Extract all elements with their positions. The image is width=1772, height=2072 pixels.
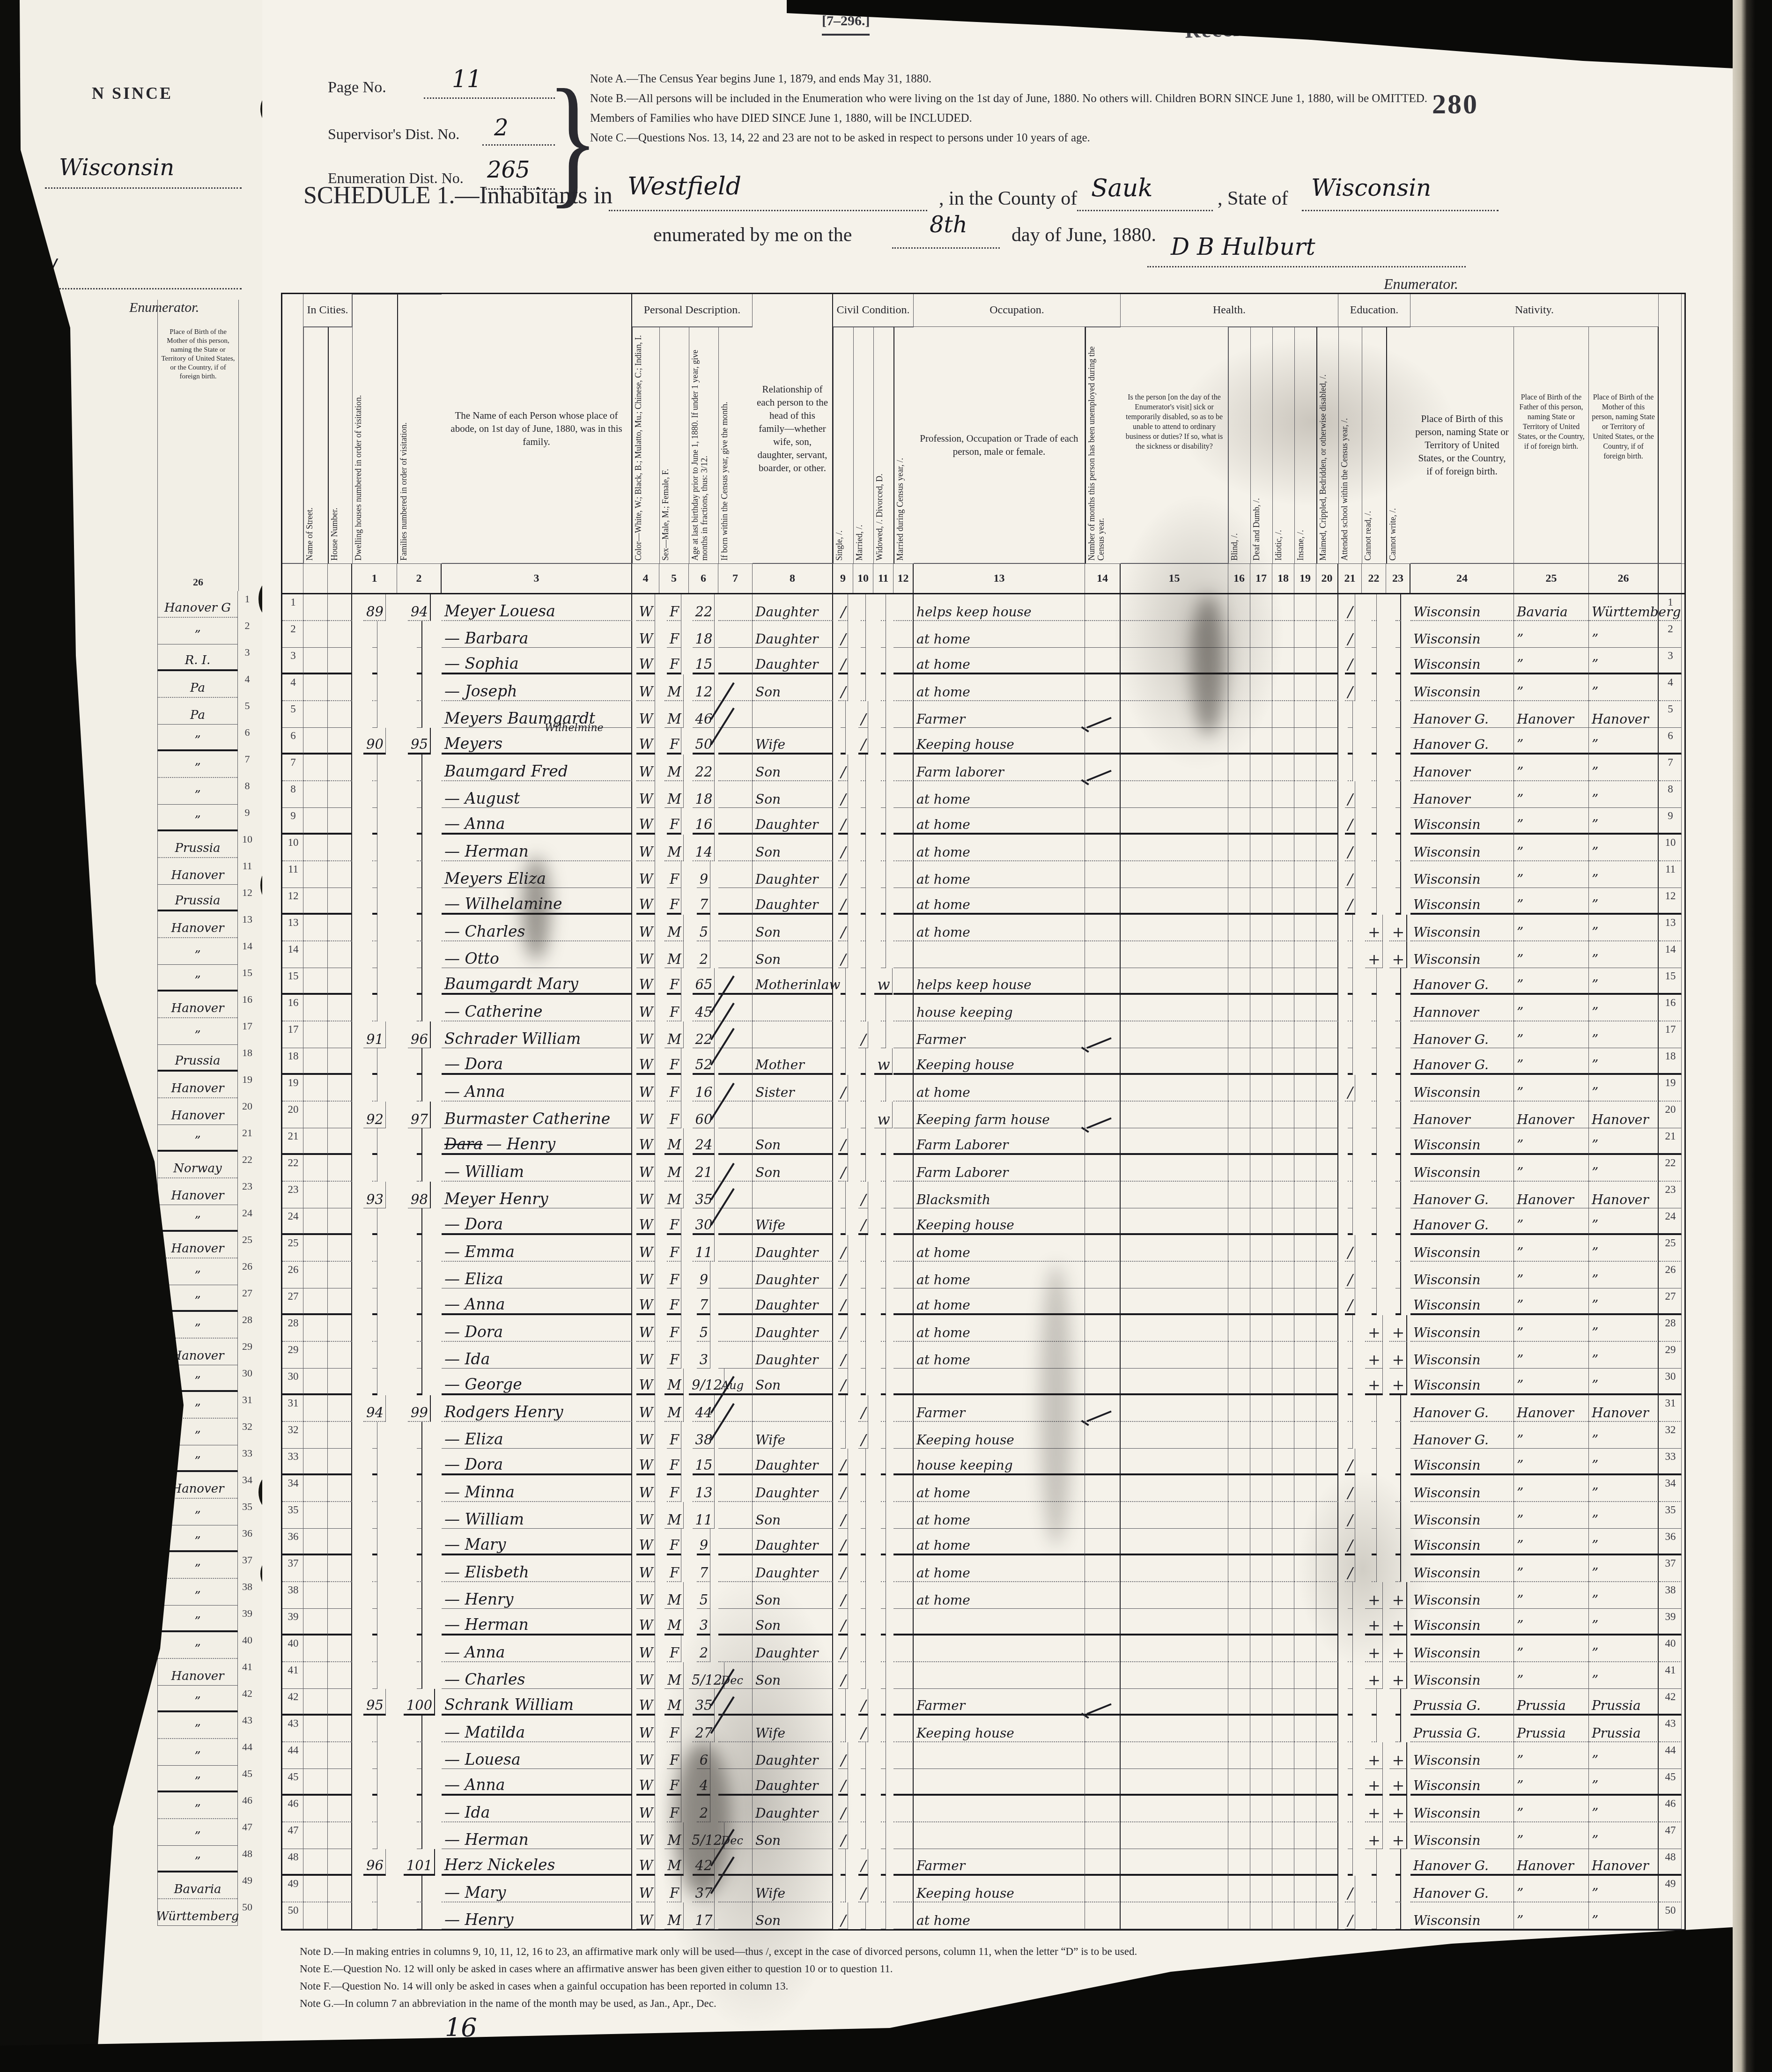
married-mark xyxy=(861,1822,866,1849)
person-row: 41— CharlesWM5/12DecSon/++Wisconsin””41 xyxy=(282,1662,1684,1689)
row-number-left: 34 xyxy=(282,1475,303,1502)
person-row: 179196Schrader WilliamWM22/FarmerHanover… xyxy=(282,1021,1684,1048)
cannot-write-mark: + xyxy=(1389,1742,1408,1769)
street-cell xyxy=(303,1021,328,1048)
insane-cell xyxy=(1294,1502,1316,1529)
cannot-read-mark xyxy=(1372,1849,1377,1876)
sickness-cell xyxy=(1121,1262,1228,1288)
months-unemployed-cell xyxy=(1085,1555,1121,1582)
cannot-write-mark xyxy=(1395,968,1401,995)
previous-page-mother-birthplace: ” xyxy=(157,1606,238,1632)
row-number-left: 5 xyxy=(282,701,303,728)
column-number: 17 xyxy=(1250,564,1272,593)
relationship-value: Daughter xyxy=(753,1555,833,1582)
cannot-write-mark xyxy=(1395,674,1401,701)
relationship-value: Daughter xyxy=(753,1342,833,1369)
person-name-text: — Anna xyxy=(444,1777,505,1792)
single-mark: / xyxy=(838,1742,849,1769)
person-name-text: Burmaster Catherine xyxy=(444,1111,610,1126)
person-name: — Anna xyxy=(442,1635,632,1662)
birthplace-value: Hanover xyxy=(1410,781,1514,808)
sickness-cell xyxy=(1121,941,1228,968)
married-during-year-cell xyxy=(893,995,914,1021)
idiotic-cell xyxy=(1272,1102,1294,1128)
sex-value: M xyxy=(664,941,684,968)
cannot-read-mark xyxy=(1372,728,1377,755)
column-header: Deaf and Dumb, /. xyxy=(1250,327,1272,563)
row-number-left: 22 xyxy=(282,1155,303,1182)
single-mark: / xyxy=(838,835,849,861)
sex-value: M xyxy=(664,755,684,781)
relationship-value xyxy=(753,1689,833,1716)
row-number-right: 45 xyxy=(1659,1769,1682,1796)
cannot-write-mark xyxy=(1395,1155,1401,1182)
inserted-name: Wilhelmine xyxy=(545,722,604,734)
column-header: Color—White, W.; Black, B.; Mulatto, Mu.… xyxy=(632,327,659,563)
idiotic-cell xyxy=(1272,808,1294,835)
previous-page-row-number: 39 xyxy=(238,1606,257,1632)
father-birthplace-value: ” xyxy=(1514,1876,1589,1902)
dwelling-number xyxy=(372,888,377,915)
occupation-value: at home xyxy=(914,1582,1085,1609)
sickness-cell xyxy=(1121,1796,1228,1822)
married-mark xyxy=(861,674,866,701)
married-mark xyxy=(861,915,866,941)
single-mark: / xyxy=(838,1262,849,1288)
attended-school-mark xyxy=(1348,1155,1353,1182)
insane-cell xyxy=(1294,1235,1316,1262)
cannot-read-mark xyxy=(1372,1075,1377,1102)
idiotic-cell xyxy=(1272,941,1294,968)
color-value: W xyxy=(636,1876,656,1902)
mother-birthplace-value: ” xyxy=(1589,1555,1659,1582)
insane-cell xyxy=(1294,674,1316,701)
single-mark xyxy=(841,1182,846,1208)
married-mark: / xyxy=(858,1208,869,1235)
cannot-read-mark xyxy=(1372,1876,1377,1902)
previous-page-row-number: 7 xyxy=(238,751,257,778)
sex-value: F xyxy=(667,1635,681,1662)
attended-school-mark: / xyxy=(1345,1876,1355,1902)
cannot-read-mark xyxy=(1372,674,1377,701)
married-mark xyxy=(861,1075,866,1102)
mother-birthplace-value: ” xyxy=(1589,995,1659,1021)
previous-page-mother-birthplace: ” xyxy=(157,1018,238,1045)
column-number: 8 xyxy=(753,564,833,593)
street-cell xyxy=(303,594,328,621)
married-mark xyxy=(861,1475,866,1502)
person-name-text: — Otto xyxy=(444,951,499,966)
single-mark: / xyxy=(838,1369,849,1395)
color-value: W xyxy=(636,915,656,941)
relationship-value: Daughter xyxy=(753,861,833,888)
house-cell xyxy=(328,648,352,674)
months-unemployed-cell xyxy=(1085,1582,1121,1609)
married-mark: / xyxy=(858,1716,869,1742)
single-mark xyxy=(841,728,846,755)
insane-cell xyxy=(1294,1182,1316,1208)
dwelling-number xyxy=(372,1609,377,1635)
cannot-write-mark: + xyxy=(1389,1635,1408,1662)
row-number-left: 1 xyxy=(282,594,303,621)
months-unemployed-cell xyxy=(1085,1288,1121,1315)
cannot-read-mark xyxy=(1372,808,1377,835)
married-mark xyxy=(861,1742,866,1769)
sickness-cell xyxy=(1121,1475,1228,1502)
disabled-cell xyxy=(1316,1315,1338,1342)
previous-page-row: ”7 xyxy=(157,751,257,778)
cannot-read-mark xyxy=(1372,1422,1377,1449)
single-mark: / xyxy=(838,1449,849,1475)
birth-month-value xyxy=(718,1102,753,1128)
months-unemployed-cell xyxy=(1085,1155,1121,1182)
sex-value: F xyxy=(667,1876,681,1902)
birth-month-value xyxy=(718,1635,753,1662)
single-mark: / xyxy=(838,1529,849,1555)
sex-value: F xyxy=(667,1208,681,1235)
birthplace-value: Hanover xyxy=(1410,755,1514,781)
age-value: 18 xyxy=(693,781,715,808)
column-header: Attended school within the Census year, … xyxy=(1338,327,1362,563)
previous-page-row: ”38 xyxy=(157,1579,257,1606)
street-cell xyxy=(303,1208,328,1235)
insane-cell xyxy=(1294,1742,1316,1769)
previous-page-mother-birthplace: Prussia xyxy=(157,831,238,858)
dwelling-number xyxy=(372,648,377,674)
notes-top: Note A.—The Census Year begins June 1, 1… xyxy=(590,69,1461,148)
birth-month-value xyxy=(718,1128,753,1155)
sickness-cell xyxy=(1121,1849,1228,1876)
cannot-write-mark xyxy=(1395,1048,1401,1075)
previous-page-row-number: 49 xyxy=(238,1872,257,1899)
row-number-right: 33 xyxy=(1659,1449,1682,1475)
widowed-mark xyxy=(881,808,886,835)
sex-value: F xyxy=(667,1422,681,1449)
disabled-cell xyxy=(1316,941,1338,968)
single-mark: / xyxy=(838,594,849,621)
cannot-write-mark xyxy=(1395,1902,1401,1929)
single-mark: / xyxy=(838,1662,849,1689)
deaf-dumb-cell xyxy=(1250,1849,1272,1876)
family-number xyxy=(417,861,422,888)
deaf-dumb-cell xyxy=(1250,1288,1272,1315)
person-name-text: — Barbara xyxy=(444,630,528,646)
family-number xyxy=(417,1422,422,1449)
person-row: 19— AnnaWF16Sister/at home/Wisconsin””19 xyxy=(282,1075,1684,1102)
widowed-mark xyxy=(881,1876,886,1902)
previous-page-row-number: 36 xyxy=(238,1525,257,1552)
blind-cell xyxy=(1228,1449,1250,1475)
sex-value: F xyxy=(667,1315,681,1342)
attended-school-mark: / xyxy=(1345,1475,1355,1502)
months-unemployed-cell xyxy=(1085,1529,1121,1555)
attended-school-mark xyxy=(1348,1369,1353,1395)
mother-birthplace-value: ” xyxy=(1589,1021,1659,1048)
row-number-left: 33 xyxy=(282,1449,303,1475)
married-mark xyxy=(861,1048,866,1075)
color-value: W xyxy=(636,861,656,888)
column-number: 15 xyxy=(1121,564,1228,593)
disabled-cell xyxy=(1316,1475,1338,1502)
column-number: 16 xyxy=(1228,564,1250,593)
column-header: Widowed, /. Divorced, D. xyxy=(873,327,893,563)
previous-page-mother-birthplace: ” xyxy=(157,751,238,778)
birth-month-value xyxy=(718,915,753,941)
county-value: Sauk xyxy=(1091,174,1153,202)
married-during-year-cell xyxy=(893,1048,914,1075)
birth-month-value xyxy=(718,594,753,621)
widowed-mark xyxy=(881,835,886,861)
previous-page-row-number: 25 xyxy=(238,1232,257,1258)
deaf-dumb-cell xyxy=(1250,1048,1272,1075)
previous-page-mother-birthplace: Bavaria xyxy=(157,1872,238,1899)
married-during-year-cell xyxy=(893,674,914,701)
married-during-year-cell xyxy=(893,1422,914,1449)
deaf-dumb-cell xyxy=(1250,1662,1272,1689)
deaf-dumb-cell xyxy=(1250,1796,1272,1822)
age-value: 9 xyxy=(697,1529,710,1555)
sex-value: M xyxy=(664,1021,684,1048)
column-number xyxy=(328,564,352,593)
blind-cell xyxy=(1228,1822,1250,1849)
street-cell xyxy=(303,995,328,1021)
married-during-year-cell xyxy=(893,648,914,674)
dwelling-number: 96 xyxy=(363,1849,386,1876)
attended-school-mark: / xyxy=(1345,648,1355,674)
single-mark: / xyxy=(838,674,849,701)
relationship-value: Son xyxy=(753,1502,833,1529)
attended-school-mark: / xyxy=(1345,1075,1355,1102)
sickness-cell xyxy=(1121,1288,1228,1315)
color-value: W xyxy=(636,1769,656,1796)
disabled-cell xyxy=(1316,1635,1338,1662)
deaf-dumb-cell xyxy=(1250,1075,1272,1102)
married-during-year-cell xyxy=(893,835,914,861)
person-name-text: — Sophia xyxy=(444,656,519,671)
person-row: 43— MatildaWF27Wife/Keeping housePrussia… xyxy=(282,1716,1684,1742)
blind-cell xyxy=(1228,621,1250,648)
previous-page-row-number: 20 xyxy=(238,1098,257,1125)
cannot-write-mark xyxy=(1395,1262,1401,1288)
person-row: 34— MinnaWF13Daughter/at home/Wisconsin”… xyxy=(282,1475,1684,1502)
previous-page-row-number: 4 xyxy=(238,671,257,698)
sickness-cell xyxy=(1121,1635,1228,1662)
disabled-cell xyxy=(1316,1742,1338,1769)
relationship-value: Son xyxy=(753,941,833,968)
previous-page-row-number: 29 xyxy=(238,1339,257,1365)
father-birthplace-value: Hanover xyxy=(1514,1182,1589,1208)
previous-page-mother-birthplace: ” xyxy=(157,1739,238,1766)
married-mark xyxy=(861,995,866,1021)
age-value: 2 xyxy=(697,941,710,968)
age-value: 22 xyxy=(693,1021,715,1048)
previous-page-row-number: 40 xyxy=(238,1632,257,1659)
date-rest: day of June, 1880. xyxy=(1012,224,1156,246)
birth-month-value xyxy=(718,1475,753,1502)
mother-birthplace-value: ” xyxy=(1589,1822,1659,1849)
sickness-cell xyxy=(1121,1876,1228,1902)
previous-page-row-number: 2 xyxy=(238,618,257,644)
sickness-cell xyxy=(1121,1075,1228,1102)
person-row: 11Meyers ElizaWF9Daughter/at home/Wiscon… xyxy=(282,861,1684,888)
house-cell xyxy=(328,1796,352,1822)
birthplace-value: Wisconsin xyxy=(1410,1155,1514,1182)
previous-page-mother-birthplace: R. I. xyxy=(157,644,238,671)
street-cell xyxy=(303,941,328,968)
dwelling-number xyxy=(372,941,377,968)
person-name: — Matilda xyxy=(442,1716,632,1742)
dwelling-number xyxy=(372,1716,377,1742)
house-cell xyxy=(328,1502,352,1529)
deaf-dumb-cell xyxy=(1250,888,1272,915)
months-unemployed-cell xyxy=(1085,941,1121,968)
street-cell xyxy=(303,1475,328,1502)
sex-value: F xyxy=(667,1529,681,1555)
note-a: Note A.—The Census Year begins June 1, 1… xyxy=(590,69,1461,89)
house-cell xyxy=(328,1689,352,1716)
mother-birthplace-value: ” xyxy=(1589,728,1659,755)
family-number xyxy=(417,781,422,808)
row-number-right: 16 xyxy=(1659,995,1682,1021)
house-cell xyxy=(328,1315,352,1342)
column-number xyxy=(1659,564,1682,593)
person-name: — Ida xyxy=(442,1796,632,1822)
relationship-value: Daughter xyxy=(753,1262,833,1288)
married-mark: / xyxy=(858,1021,869,1048)
sex-value: M xyxy=(664,1662,684,1689)
row-number-right: 30 xyxy=(1659,1369,1682,1395)
married-during-year-cell xyxy=(893,888,914,915)
house-cell xyxy=(328,1182,352,1208)
occupation-value: helps keep house xyxy=(914,594,1085,621)
mother-birthplace-value: ” xyxy=(1589,1128,1659,1155)
widowed-mark xyxy=(881,1422,886,1449)
attended-school-mark xyxy=(1348,915,1353,941)
widowed-mark xyxy=(881,1075,886,1102)
street-cell xyxy=(303,1422,328,1449)
dwelling-number: 92 xyxy=(363,1102,386,1128)
cannot-read-mark xyxy=(1372,835,1377,861)
previous-page-row: Pa4 xyxy=(157,671,257,698)
color-value: W xyxy=(636,835,656,861)
cannot-read-mark xyxy=(1372,1128,1377,1155)
cannot-read-mark xyxy=(1372,1208,1377,1235)
row-number-left: 36 xyxy=(282,1529,303,1555)
house-cell xyxy=(328,941,352,968)
cannot-write-mark: + xyxy=(1389,941,1408,968)
sex-value: F xyxy=(667,728,681,755)
age-value: 5 xyxy=(697,1582,710,1609)
person-name: — Anna xyxy=(442,1075,632,1102)
idiotic-cell xyxy=(1272,1662,1294,1689)
row-number-left: 11 xyxy=(282,861,303,888)
sex-value: F xyxy=(667,968,681,995)
months-unemployed-cell xyxy=(1085,1021,1121,1048)
single-mark: / xyxy=(838,1796,849,1822)
widowed-mark xyxy=(881,1796,886,1822)
blind-cell xyxy=(1228,1048,1250,1075)
occupation-value: Keeping house xyxy=(914,1208,1085,1235)
cannot-write-mark xyxy=(1395,1128,1401,1155)
age-value: 60 xyxy=(693,1102,715,1128)
row-number-left: 47 xyxy=(282,1822,303,1849)
occupation-value xyxy=(914,941,1085,968)
row-number-left: 7 xyxy=(282,755,303,781)
mother-birthplace-value: ” xyxy=(1589,1342,1659,1369)
married-mark xyxy=(861,1582,866,1609)
birthplace-value: Hanover G. xyxy=(1410,1395,1514,1422)
relationship-value: Daughter xyxy=(753,1529,833,1555)
widowed-mark xyxy=(881,1235,886,1262)
widowed-mark xyxy=(881,1395,886,1422)
months-unemployed-cell xyxy=(1085,1128,1121,1155)
person-name-text: — Anna xyxy=(444,816,505,831)
widowed-mark xyxy=(881,1021,886,1048)
column-number: 5 xyxy=(659,564,689,593)
married-during-year-cell xyxy=(893,1235,914,1262)
blind-cell xyxy=(1228,1235,1250,1262)
father-birthplace-value: Prussia xyxy=(1514,1689,1589,1716)
family-number xyxy=(417,1529,422,1555)
widowed-mark xyxy=(881,674,886,701)
birth-month-value xyxy=(718,941,753,968)
father-birthplace-value: Hanover xyxy=(1514,1395,1589,1422)
dwelling-number xyxy=(372,1262,377,1288)
widowed-mark xyxy=(881,1315,886,1342)
mother-birthplace-value: ” xyxy=(1589,648,1659,674)
ink-smudge xyxy=(1040,1265,1072,1546)
married-during-year-cell xyxy=(893,1582,914,1609)
street-cell xyxy=(303,1315,328,1342)
birthplace-value: Wisconsin xyxy=(1410,674,1514,701)
sickness-cell xyxy=(1121,861,1228,888)
months-unemployed-cell xyxy=(1085,1689,1121,1716)
blind-cell xyxy=(1228,1609,1250,1635)
married-during-year-cell xyxy=(893,1822,914,1849)
widowed-mark xyxy=(881,1742,886,1769)
disabled-cell xyxy=(1316,915,1338,941)
attended-school-mark: / xyxy=(1345,594,1355,621)
previous-page-col26-values: Hanover G1”2R. I.3Pa4Pa5”6”7”8”9Prussia1… xyxy=(157,591,257,1926)
dwelling-number xyxy=(372,968,377,995)
single-mark: / xyxy=(838,1315,849,1342)
sickness-cell xyxy=(1121,1555,1228,1582)
cannot-read-mark xyxy=(1372,861,1377,888)
deaf-dumb-cell xyxy=(1250,1555,1272,1582)
idiotic-cell xyxy=(1272,1395,1294,1422)
blind-cell xyxy=(1228,1662,1250,1689)
married-mark xyxy=(861,808,866,835)
mother-birthplace-value: ” xyxy=(1589,1742,1659,1769)
person-name: — Henry xyxy=(442,1582,632,1609)
cannot-read-mark: + xyxy=(1365,1609,1383,1635)
married-during-year-cell xyxy=(893,968,914,995)
person-name: — Anna xyxy=(442,808,632,835)
disabled-cell xyxy=(1316,1342,1338,1369)
person-row: 38— HenryWM5Son/at home++Wisconsin””38 xyxy=(282,1582,1684,1609)
sickness-cell xyxy=(1121,915,1228,941)
family-number xyxy=(417,915,422,941)
sex-value: F xyxy=(667,1102,681,1128)
mother-birthplace-value: ” xyxy=(1589,1235,1659,1262)
attended-school-mark xyxy=(1348,701,1353,728)
cannot-read-mark xyxy=(1372,648,1377,674)
months-unemployed-cell xyxy=(1085,1849,1121,1876)
column-number: 21 xyxy=(1338,564,1362,593)
person-name-text: — Elisbeth xyxy=(444,1564,529,1580)
birth-month-value xyxy=(718,1716,753,1742)
cannot-read-mark: + xyxy=(1365,915,1383,941)
